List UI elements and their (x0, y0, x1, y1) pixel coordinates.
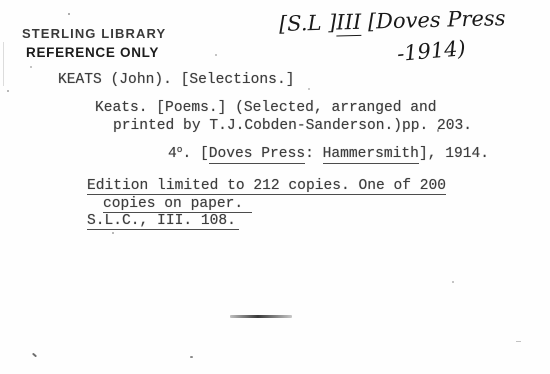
handwritten-annotation-line1: [S.L ]III [Doves Press (279, 6, 506, 36)
handwritten-press-note: [Doves Press (361, 6, 506, 34)
title-statement-line1: Keats. [Poems.] (Selected, arranged and (95, 100, 437, 116)
paper-speck (452, 281, 454, 283)
handwritten-shelfmark: [S.L ] (279, 10, 337, 35)
catalog-reference-line: S.L.C., III. 108. (87, 213, 239, 230)
paper-speck (516, 341, 521, 342)
paper-speck (30, 66, 32, 68)
format-number: 4 (168, 146, 177, 162)
paper-speck (437, 129, 439, 132)
paper-speck (308, 88, 310, 90)
imprint-line: 4o. [Doves Press: Hammersmith], 1914. (168, 146, 489, 163)
paper-speck (68, 13, 70, 15)
imprint-separator-2: : (305, 146, 323, 162)
handwritten-numeral: III (336, 10, 362, 37)
paper-speck (32, 353, 37, 358)
edition-note-line1: Edition limited to 212 copies. One of 20… (87, 178, 446, 195)
edition-note-line2: copies on paper. (103, 196, 252, 213)
title-statement-line2: printed by T.J.Cobden-Sanderson.)pp. 203… (113, 118, 472, 134)
ink-smudge (230, 315, 292, 318)
library-stamp: STERLING LIBRARY (22, 26, 166, 41)
format-superscript: o (177, 144, 183, 155)
author-heading: KEATS (John). [Selections.] (58, 72, 294, 88)
catalog-card: STERLING LIBRARY REFERENCE ONLY [S.L ]II… (0, 0, 550, 374)
reference-only-stamp: REFERENCE ONLY (26, 45, 159, 60)
paper-speck (215, 54, 217, 56)
imprint-separator-1: . [ (182, 146, 208, 162)
press-place: Hammersmith (323, 146, 419, 164)
paper-speck (112, 232, 114, 234)
scan-artifact-line (3, 42, 4, 86)
paper-speck (7, 90, 9, 92)
paper-speck (190, 356, 193, 358)
imprint-year: ], 1914. (419, 146, 489, 162)
press-name: Doves Press (209, 146, 305, 164)
handwritten-annotation-line2: -1914) (396, 36, 467, 66)
